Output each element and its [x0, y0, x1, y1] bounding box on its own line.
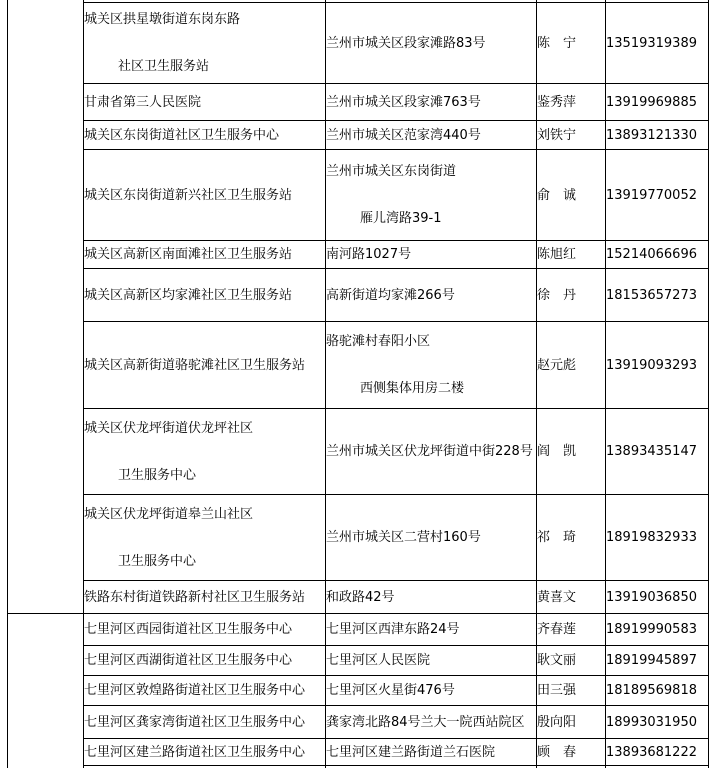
address-cell: 七里河区火星街476号	[326, 676, 537, 706]
table-row: 城关区东岗街道新兴社区卫生服务站兰州市城关区东岗街道雁儿湾路39-1俞 诚139…	[8, 150, 709, 241]
institution-name-cell: 城关区东岗街道新兴社区卫生服务站	[84, 150, 326, 241]
phone-number-cell: 18919990583	[606, 614, 709, 646]
contact-person-name: 俞 诚	[537, 188, 605, 203]
table-row: 七里河区西园街道社区卫生服务中心七里河区西津东路24号齐春莲1891999058…	[8, 614, 709, 646]
address-line: 龚家湾北路84号兰大一院西站院区	[326, 715, 536, 730]
phone-number-cell: 13519319389	[606, 3, 709, 84]
address-line: 骆驼滩村春阳小区	[326, 334, 536, 349]
institution-name-cell: 城关区伏龙坪街道皋兰山社区卫生服务中心	[84, 495, 326, 581]
group-cell-chengguan	[8, 0, 84, 614]
name-line: 城关区伏龙坪街道伏龙坪社区	[84, 421, 325, 436]
phone-number: 18919832933	[606, 530, 708, 545]
health-centers-table: 城关区拱星墩街道东岗东路社区卫生服务站兰州市城关区段家滩路83号陈 宁13519…	[7, 0, 709, 768]
address-line: 七里河区火星街476号	[326, 683, 536, 698]
contact-person-cell: 祁 琦	[537, 495, 606, 581]
contact-person-name: 鉴秀萍	[537, 95, 605, 110]
contact-person-name: 顾 春	[537, 745, 605, 760]
contact-person-name: 徐 丹	[537, 288, 605, 303]
contact-person-cell: 黄喜文	[537, 581, 606, 614]
table-row: 七里河区建兰路街道社区卫生服务中心七里河区建兰路街道兰石医院顾 春1389368…	[8, 739, 709, 766]
contact-person-cell: 阎 凯	[537, 409, 606, 495]
address-line: 七里河区人民医院	[326, 653, 536, 668]
table-row: 铁路东村街道铁路新村社区卫生服务站和政路42号黄喜文13919036850	[8, 581, 709, 614]
phone-number: 13893681222	[606, 745, 708, 760]
phone-number: 13919036850	[606, 590, 708, 605]
phone-number-cell: 15214066696	[606, 241, 709, 269]
institution-name-cell: 七里河区西湖街道社区卫生服务中心	[84, 646, 326, 676]
name-line: 城关区伏龙坪街道皋兰山社区	[84, 507, 325, 522]
institution-name-cell: 甘肃省第三人民医院	[84, 84, 326, 121]
phone-number: 13893435147	[606, 444, 708, 459]
phone-number: 15214066696	[606, 247, 708, 262]
address-cell: 和政路42号	[326, 581, 537, 614]
name-line: 城关区东岗街道新兴社区卫生服务站	[84, 188, 325, 203]
table-row: 七里河区西湖街道社区卫生服务中心七里河区人民医院耿文丽18919945897	[8, 646, 709, 676]
name-line: 铁路东村街道铁路新村社区卫生服务站	[84, 590, 325, 605]
address-line: 高新街道均家滩266号	[326, 288, 536, 303]
name-line: 社区卫生服务站	[84, 59, 325, 74]
table-row: 七里河区敦煌路街道社区卫生服务中心七里河区火星街476号田三强181895698…	[8, 676, 709, 706]
address-line: 南河路1027号	[326, 247, 536, 262]
contact-person-name: 耿文丽	[537, 653, 605, 668]
phone-number: 13893121330	[606, 128, 708, 143]
address-cell: 南河路1027号	[326, 241, 537, 269]
contact-person-cell: 刘铁宁	[537, 121, 606, 150]
name-line: 七里河区敦煌路街道社区卫生服务中心	[84, 683, 325, 698]
contact-person-cell: 殷向阳	[537, 706, 606, 739]
institution-name-cell: 城关区高新街道骆驼滩社区卫生服务站	[84, 322, 326, 409]
institution-name-cell: 城关区东岗街道社区卫生服务中心	[84, 121, 326, 150]
contact-person-cell: 田三强	[537, 676, 606, 706]
address-cell: 七里河区人民医院	[326, 646, 537, 676]
table-row: 七里河区龚家湾街道社区卫生服务中心龚家湾北路84号兰大一院西站院区殷向阳1899…	[8, 706, 709, 739]
phone-number-cell: 13893435147	[606, 409, 709, 495]
address-line: 和政路42号	[326, 590, 536, 605]
contact-person-name: 黄喜文	[537, 590, 605, 605]
phone-number: 13919969885	[606, 95, 708, 110]
institution-name-cell: 城关区高新区均家滩社区卫生服务站	[84, 269, 326, 322]
table-row: 城关区高新区南面滩社区卫生服务站南河路1027号陈旭红15214066696	[8, 241, 709, 269]
address-cell: 兰州市城关区伏龙坪街道中街228号	[326, 409, 537, 495]
phone-number: 18153657273	[606, 288, 708, 303]
contact-person-cell: 耿文丽	[537, 646, 606, 676]
table-row: 城关区伏龙坪街道皋兰山社区卫生服务中心兰州市城关区二营村160号祁 琦18919…	[8, 495, 709, 581]
contact-person-name: 阎 凯	[537, 444, 605, 459]
contact-person-name: 祁 琦	[537, 530, 605, 545]
contact-person-name: 赵元彪	[537, 358, 605, 373]
contact-person-cell: 俞 诚	[537, 150, 606, 241]
table-row: 城关区高新街道骆驼滩社区卫生服务站骆驼滩村春阳小区西侧集体用房二楼赵元彪1391…	[8, 322, 709, 409]
phone-number-cell: 13919036850	[606, 581, 709, 614]
phone-number-cell: 18919832933	[606, 495, 709, 581]
group-cell-qilihe	[8, 614, 84, 768]
contact-person-name: 陈 宁	[537, 36, 605, 51]
institution-name-cell: 城关区高新区南面滩社区卫生服务站	[84, 241, 326, 269]
institution-name-cell: 城关区伏龙坪街道伏龙坪社区卫生服务中心	[84, 409, 326, 495]
address-cell: 兰州市城关区范家湾440号	[326, 121, 537, 150]
address-line: 兰州市城关区段家滩763号	[326, 95, 536, 110]
contact-person-name: 田三强	[537, 683, 605, 698]
table-row: 城关区高新区均家滩社区卫生服务站高新街道均家滩266号徐 丹1815365727…	[8, 269, 709, 322]
contact-person-name: 陈旭红	[537, 247, 605, 262]
name-line: 卫生服务中心	[84, 468, 325, 483]
phone-number: 18189569818	[606, 683, 708, 698]
name-line: 七里河区西湖街道社区卫生服务中心	[84, 653, 325, 668]
address-cell: 兰州市城关区段家滩763号	[326, 84, 537, 121]
institution-name-cell: 七里河区西园街道社区卫生服务中心	[84, 614, 326, 646]
phone-number: 13919770052	[606, 188, 708, 203]
address-cell: 兰州市城关区段家滩路83号	[326, 3, 537, 84]
institution-name-cell: 七里河区敦煌路街道社区卫生服务中心	[84, 676, 326, 706]
institution-name-cell: 七里河区龚家湾街道社区卫生服务中心	[84, 706, 326, 739]
contact-person-cell: 徐 丹	[537, 269, 606, 322]
phone-number-cell: 13893121330	[606, 121, 709, 150]
address-cell: 骆驼滩村春阳小区西侧集体用房二楼	[326, 322, 537, 409]
address-line: 兰州市城关区范家湾440号	[326, 128, 536, 143]
contact-person-cell: 陈 宁	[537, 3, 606, 84]
address-line: 七里河区西津东路24号	[326, 622, 536, 637]
name-line: 七里河区龚家湾街道社区卫生服务中心	[84, 715, 325, 730]
address-cell: 兰州市城关区东岗街道雁儿湾路39-1	[326, 150, 537, 241]
document-page: 城关区拱星墩街道东岗东路社区卫生服务站兰州市城关区段家滩路83号陈 宁13519…	[0, 0, 720, 768]
contact-person-name: 刘铁宁	[537, 128, 605, 143]
address-line: 兰州市城关区段家滩路83号	[326, 36, 536, 51]
address-line: 兰州市城关区二营村160号	[326, 530, 536, 545]
address-cell: 七里河区建兰路街道兰石医院	[326, 739, 537, 766]
name-line: 城关区东岗街道社区卫生服务中心	[84, 128, 325, 143]
address-cell: 龚家湾北路84号兰大一院西站院区	[326, 706, 537, 739]
table-row: 城关区伏龙坪街道伏龙坪社区卫生服务中心兰州市城关区伏龙坪街道中街228号阎 凯1…	[8, 409, 709, 495]
contact-person-name: 殷向阳	[537, 715, 605, 730]
institution-name-cell: 铁路东村街道铁路新村社区卫生服务站	[84, 581, 326, 614]
address-line: 兰州市城关区伏龙坪街道中街228号	[326, 444, 536, 459]
name-line: 卫生服务中心	[84, 554, 325, 569]
address-line: 七里河区建兰路街道兰石医院	[326, 745, 536, 760]
contact-person-cell: 陈旭红	[537, 241, 606, 269]
name-line: 七里河区西园街道社区卫生服务中心	[84, 622, 325, 637]
phone-number-cell: 13919093293	[606, 322, 709, 409]
phone-number-cell: 18993031950	[606, 706, 709, 739]
contact-person-cell: 赵元彪	[537, 322, 606, 409]
address-cell: 兰州市城关区二营村160号	[326, 495, 537, 581]
phone-number-cell: 13919969885	[606, 84, 709, 121]
address-line: 雁儿湾路39-1	[326, 211, 536, 226]
phone-number-cell: 13919770052	[606, 150, 709, 241]
table-row: 城关区拱星墩街道东岗东路社区卫生服务站兰州市城关区段家滩路83号陈 宁13519…	[8, 3, 709, 84]
address-line: 西侧集体用房二楼	[326, 381, 536, 396]
name-line: 七里河区建兰路街道社区卫生服务中心	[84, 745, 325, 760]
phone-number-cell: 18189569818	[606, 676, 709, 706]
phone-number: 18993031950	[606, 715, 708, 730]
contact-person-name: 齐春莲	[537, 622, 605, 637]
phone-number: 18919945897	[606, 653, 708, 668]
phone-number-cell: 18919945897	[606, 646, 709, 676]
address-cell: 高新街道均家滩266号	[326, 269, 537, 322]
contact-person-cell: 齐春莲	[537, 614, 606, 646]
phone-number: 13919093293	[606, 358, 708, 373]
contact-person-cell: 顾 春	[537, 739, 606, 766]
phone-number-cell: 13893681222	[606, 739, 709, 766]
address-cell: 七里河区西津东路24号	[326, 614, 537, 646]
institution-name-cell: 七里河区建兰路街道社区卫生服务中心	[84, 739, 326, 766]
phone-number: 18919990583	[606, 622, 708, 637]
table-row: 甘肃省第三人民医院兰州市城关区段家滩763号鉴秀萍13919969885	[8, 84, 709, 121]
institution-name-cell: 城关区拱星墩街道东岗东路社区卫生服务站	[84, 3, 326, 84]
phone-number: 13519319389	[606, 36, 708, 51]
name-line: 城关区高新区均家滩社区卫生服务站	[84, 288, 325, 303]
name-line: 城关区高新区南面滩社区卫生服务站	[84, 247, 325, 262]
name-line: 甘肃省第三人民医院	[84, 95, 325, 110]
table-row: 城关区东岗街道社区卫生服务中心兰州市城关区范家湾440号刘铁宁138931213…	[8, 121, 709, 150]
name-line: 城关区拱星墩街道东岗东路	[84, 12, 325, 27]
phone-number-cell: 18153657273	[606, 269, 709, 322]
contact-person-cell: 鉴秀萍	[537, 84, 606, 121]
address-line: 兰州市城关区东岗街道	[326, 164, 536, 179]
name-line: 城关区高新街道骆驼滩社区卫生服务站	[84, 358, 325, 373]
